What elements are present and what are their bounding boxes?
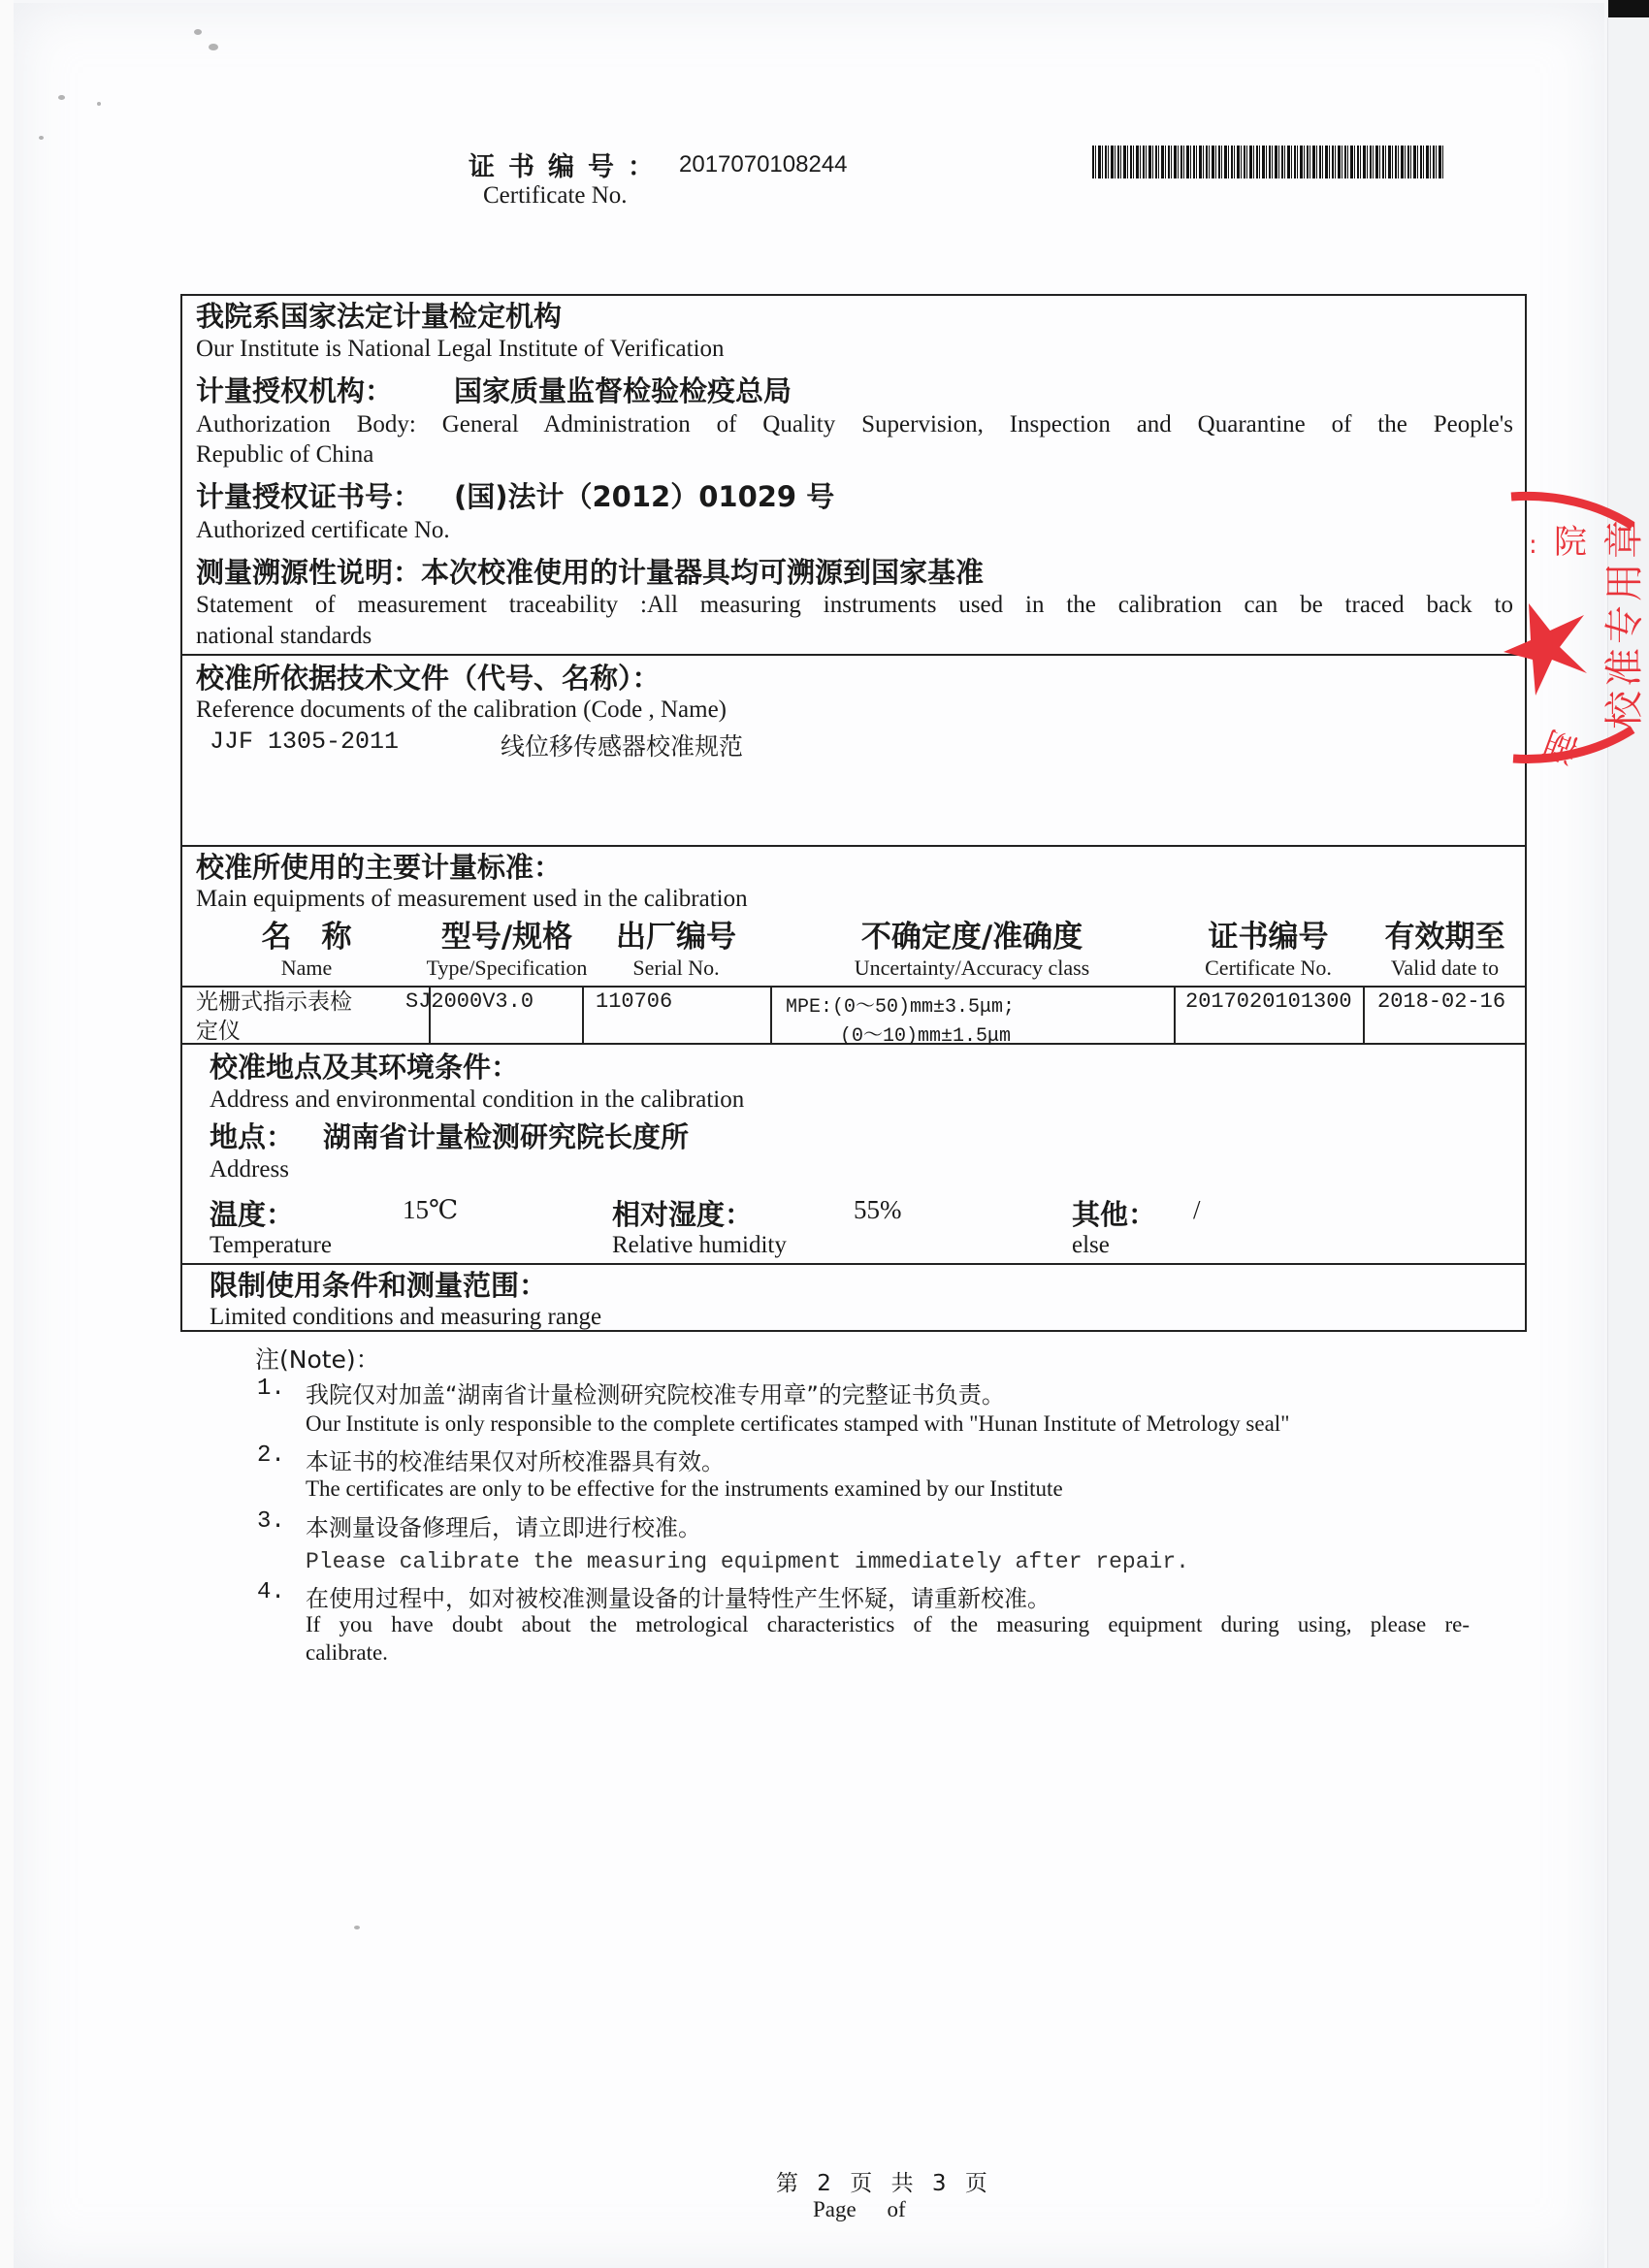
note-3-en: Please calibrate the measuring equipment… xyxy=(306,1549,1189,1574)
note-2-cn: 本证书的校准结果仅对所校准器具有效。 xyxy=(306,1442,725,1476)
column-header-certificate-cn: 证书编号 xyxy=(1174,912,1363,956)
note-2-en: The certificates are only to be effectiv… xyxy=(306,1476,1063,1502)
address-label-en: Address xyxy=(210,1156,289,1183)
seal-stamp: 院 : 湖 校准专用章 xyxy=(1492,468,1649,778)
note-1-number: 1. xyxy=(257,1376,285,1402)
equipment-serial: 110706 xyxy=(596,989,672,1014)
certificate-label-en: Certificate No. xyxy=(483,182,628,210)
equipment-name-line1: 光栅式指示表检 xyxy=(196,988,352,1017)
column-header-uncertainty-en: Uncertainty/Accuracy class xyxy=(770,956,1174,981)
reference-name: 线位移传感器校准规范 xyxy=(501,728,743,762)
table-header-divider xyxy=(180,986,1527,988)
authorized-cert-value: (国)法计（2012）01029 号 xyxy=(454,475,834,515)
authorization-body-en: Authorization Body: General Administrati… xyxy=(196,411,1513,438)
traceability-en: Statement of measurement traceability :A… xyxy=(196,592,1513,619)
note-3-cn: 本测量设备修理后，请立即进行校准。 xyxy=(306,1508,701,1542)
note-2-number: 2. xyxy=(257,1442,285,1469)
authorization-body-value: 国家质量监督检验检疫总局 xyxy=(454,370,792,409)
institute-statement-en: Our Institute is National Legal Institut… xyxy=(196,336,725,363)
authorized-cert-label: 计量授权证书号： xyxy=(196,475,421,515)
table-col-line xyxy=(770,986,772,1043)
equipment-valid-to: 2018-02-16 xyxy=(1377,989,1505,1014)
equipment-name-line2: 定仪 xyxy=(196,1017,352,1046)
table-col-line xyxy=(1174,986,1176,1043)
scan-speck xyxy=(209,44,218,50)
scan-right-edge xyxy=(1607,17,1649,2268)
star-icon xyxy=(1503,603,1587,696)
table-col-line xyxy=(582,986,584,1043)
column-header-valid-cn: 有效期至 xyxy=(1363,912,1527,956)
equipment-certificate: 2017020101300 xyxy=(1185,989,1352,1014)
traceability-en-cont: national standards xyxy=(196,623,372,650)
scan-left-edge xyxy=(0,0,14,2268)
column-header-serial-cn: 出厂编号 xyxy=(582,912,770,956)
notes-title: 注(Note)： xyxy=(255,1341,380,1376)
authorization-body-label: 计量授权机构： xyxy=(196,370,393,409)
location-title-cn: 校准地点及其环境条件： xyxy=(210,1046,519,1085)
equipment-uncertainty-line2: (0～10)mm±1.5μm xyxy=(840,1019,1011,1048)
limits-title-cn: 限制使用条件和测量范围： xyxy=(210,1264,547,1304)
location-title-en: Address and environmental condition in t… xyxy=(210,1086,744,1114)
section-divider xyxy=(180,654,1527,656)
scan-speck xyxy=(194,29,202,35)
note-3-number: 3. xyxy=(257,1508,285,1535)
note-4-number: 4. xyxy=(257,1579,285,1605)
barcode-icon xyxy=(1092,146,1443,178)
scan-speck xyxy=(354,1926,360,1929)
page-number-cn: 第 2 页 共 3 页 xyxy=(776,2165,993,2197)
temperature-label-en: Temperature xyxy=(210,1232,332,1259)
humidity-label-cn: 相对湿度： xyxy=(612,1193,753,1233)
info-frame xyxy=(180,294,1527,1332)
equipment-uncertainty-line1: MPE:(0～50)mm±3.5μm; xyxy=(786,989,1015,1019)
certificate-number: 2017070108244 xyxy=(679,151,848,178)
authorized-cert-en: Authorized certificate No. xyxy=(196,517,450,544)
table-col-line xyxy=(1363,986,1365,1043)
limits-title-en: Limited conditions and measuring range xyxy=(210,1304,601,1331)
scan-corner xyxy=(1608,0,1649,17)
note-1-cn: 我院仅对加盖“湖南省计量检测研究院校准专用章”的完整证书负责。 xyxy=(306,1376,1005,1409)
reference-title-en: Reference documents of the calibration (… xyxy=(196,697,727,724)
temperature-value: 15℃ xyxy=(403,1195,458,1225)
note-1-en: Our Institute is only responsible to the… xyxy=(306,1411,1290,1437)
else-label-cn: 其他： xyxy=(1072,1193,1156,1233)
equipment-name: 光栅式指示表检 定仪 xyxy=(196,988,352,1046)
page-number-en: Page of xyxy=(813,2197,906,2222)
seal-text-fragment: : xyxy=(1529,531,1537,560)
column-header-name-cn: 名 称 xyxy=(184,912,429,956)
equipment-title-cn: 校准所使用的主要计量标准： xyxy=(196,846,562,886)
else-value: / xyxy=(1193,1195,1201,1225)
certificate-label-cn: 证书编号： xyxy=(469,146,667,183)
traceability-cn: 测量溯源性说明：本次校准使用的计量器具均可溯源到国家基准 xyxy=(196,551,984,591)
authorization-body-en-cont: Republic of China xyxy=(196,441,373,469)
column-header-uncertainty-cn: 不确定度/准确度 xyxy=(770,912,1174,956)
seal-text-fragment: 校准专用章 xyxy=(1602,516,1647,729)
column-header-serial-en: Serial No. xyxy=(582,956,770,981)
address-value: 湖南省计量检测研究院长度所 xyxy=(323,1116,689,1155)
reference-code: JJF 1305-2011 xyxy=(210,728,399,756)
note-4-cn: 在使用过程中，如对被校准测量设备的计量特性产生怀疑，请重新校准。 xyxy=(306,1579,1051,1613)
temperature-label-cn: 温度： xyxy=(210,1193,294,1233)
reference-title-cn: 校准所依据技术文件（代号、名称）： xyxy=(196,657,661,697)
note-4-en-cont: calibrate. xyxy=(306,1640,388,1666)
scan-speck xyxy=(58,95,65,100)
seal-text-fragment: 院 xyxy=(1554,523,1587,562)
humidity-value: 55% xyxy=(854,1195,902,1225)
address-label-cn: 地点： xyxy=(210,1116,294,1155)
scan-speck xyxy=(39,136,44,140)
equipment-type: SJ2000V3.0 xyxy=(405,989,533,1014)
else-label-en: else xyxy=(1072,1232,1110,1259)
institute-statement-cn: 我院系国家法定计量检定机构 xyxy=(196,295,562,335)
equipment-title-en: Main equipments of measurement used in t… xyxy=(196,886,748,913)
column-header-valid-en: Valid date to xyxy=(1363,956,1527,981)
scan-speck xyxy=(97,102,101,106)
column-header-certificate-en: Certificate No. xyxy=(1174,956,1363,981)
note-4-en: If you have doubt about the metrological… xyxy=(306,1612,1470,1637)
humidity-label-en: Relative humidity xyxy=(612,1232,787,1259)
